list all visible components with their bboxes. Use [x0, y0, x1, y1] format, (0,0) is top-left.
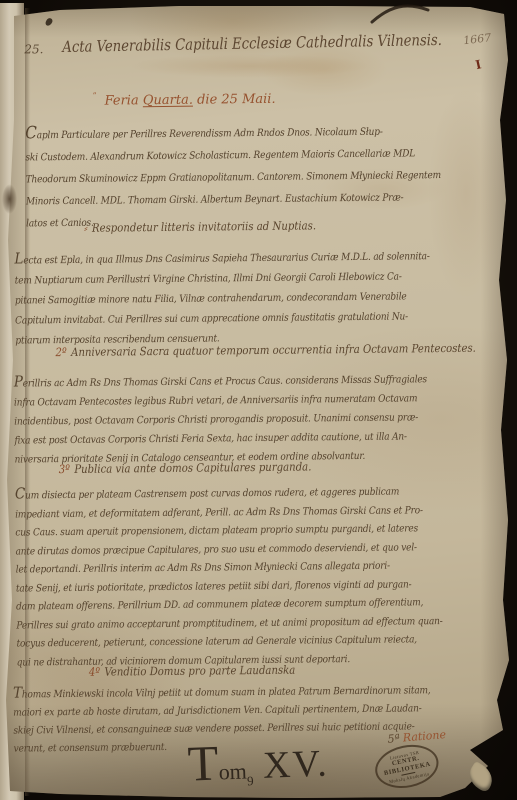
volume-label: Tom9XV.	[187, 733, 330, 791]
item-heading-3: 3ºPublica via ante domos Capitulares pur…	[59, 459, 312, 476]
item-number: ⸗	[84, 221, 88, 235]
item-number: 3º	[59, 462, 70, 476]
item-heading-text: Publica via ante domos Capitulares purga…	[74, 459, 311, 475]
item-heading-text: Respondetur litteris invitatoriis ad Nup…	[92, 218, 316, 234]
page-title: Acta Venerabilis Capituli Ecclesiæ Cathe…	[62, 31, 442, 56]
item-paragraph-2: Perillris ac Adm Rs Dns Thomas Girski Ca…	[14, 368, 474, 470]
item-heading-4: 4ºVenditio Domus pro parte Laudanska	[89, 663, 296, 679]
year-note: 1667	[463, 31, 492, 47]
rubric-mark: ʺ	[93, 92, 97, 101]
item-heading-2: 2ºAnniversaria Sacra quatuor temporum oc…	[55, 341, 476, 359]
item-paragraph-3: Cum disiecta per plateam Castrensem post…	[15, 480, 491, 673]
manuscript-text: 25. 1667 I Acta Venerabilis Capituli Ecc…	[0, 0, 517, 800]
attendance-paragraph: Caplm Particulare per Perillres Reverend…	[25, 118, 488, 236]
marginal-number: 5ª	[387, 732, 400, 746]
item-heading-text: Venditio Domus pro parte Laudanska	[104, 663, 295, 679]
volume-numeral: XV.	[262, 742, 329, 786]
manuscript-scan: 25. 1667 I Acta Venerabilis Capituli Ecc…	[0, 0, 517, 800]
collation-mark: I	[474, 57, 483, 72]
item-number: 2º	[55, 345, 66, 359]
item-number: 4º	[89, 665, 100, 679]
session-date-pre: Feria	[104, 93, 142, 108]
item-paragraph-1: Lecta est Epla, in qua Illmus Dns Casimi…	[14, 244, 476, 352]
volume-abbreviation: 9	[247, 773, 254, 788]
item-heading-1: ⸗Respondetur litteris invitatoriis ad Nu…	[84, 218, 316, 234]
session-date-heading: ʺFeria Quarta. die 25 Maii.	[93, 90, 276, 109]
item-heading-text: Anniversaria Sacra quatuor temporum occu…	[71, 341, 476, 359]
session-date-post: die 25 Maii.	[193, 92, 276, 108]
volume-initial: T	[187, 735, 220, 792]
session-date-underlined: Quarta.	[143, 93, 193, 109]
volume-small-letters: om	[218, 758, 247, 784]
folio-number: 25.	[24, 42, 43, 56]
